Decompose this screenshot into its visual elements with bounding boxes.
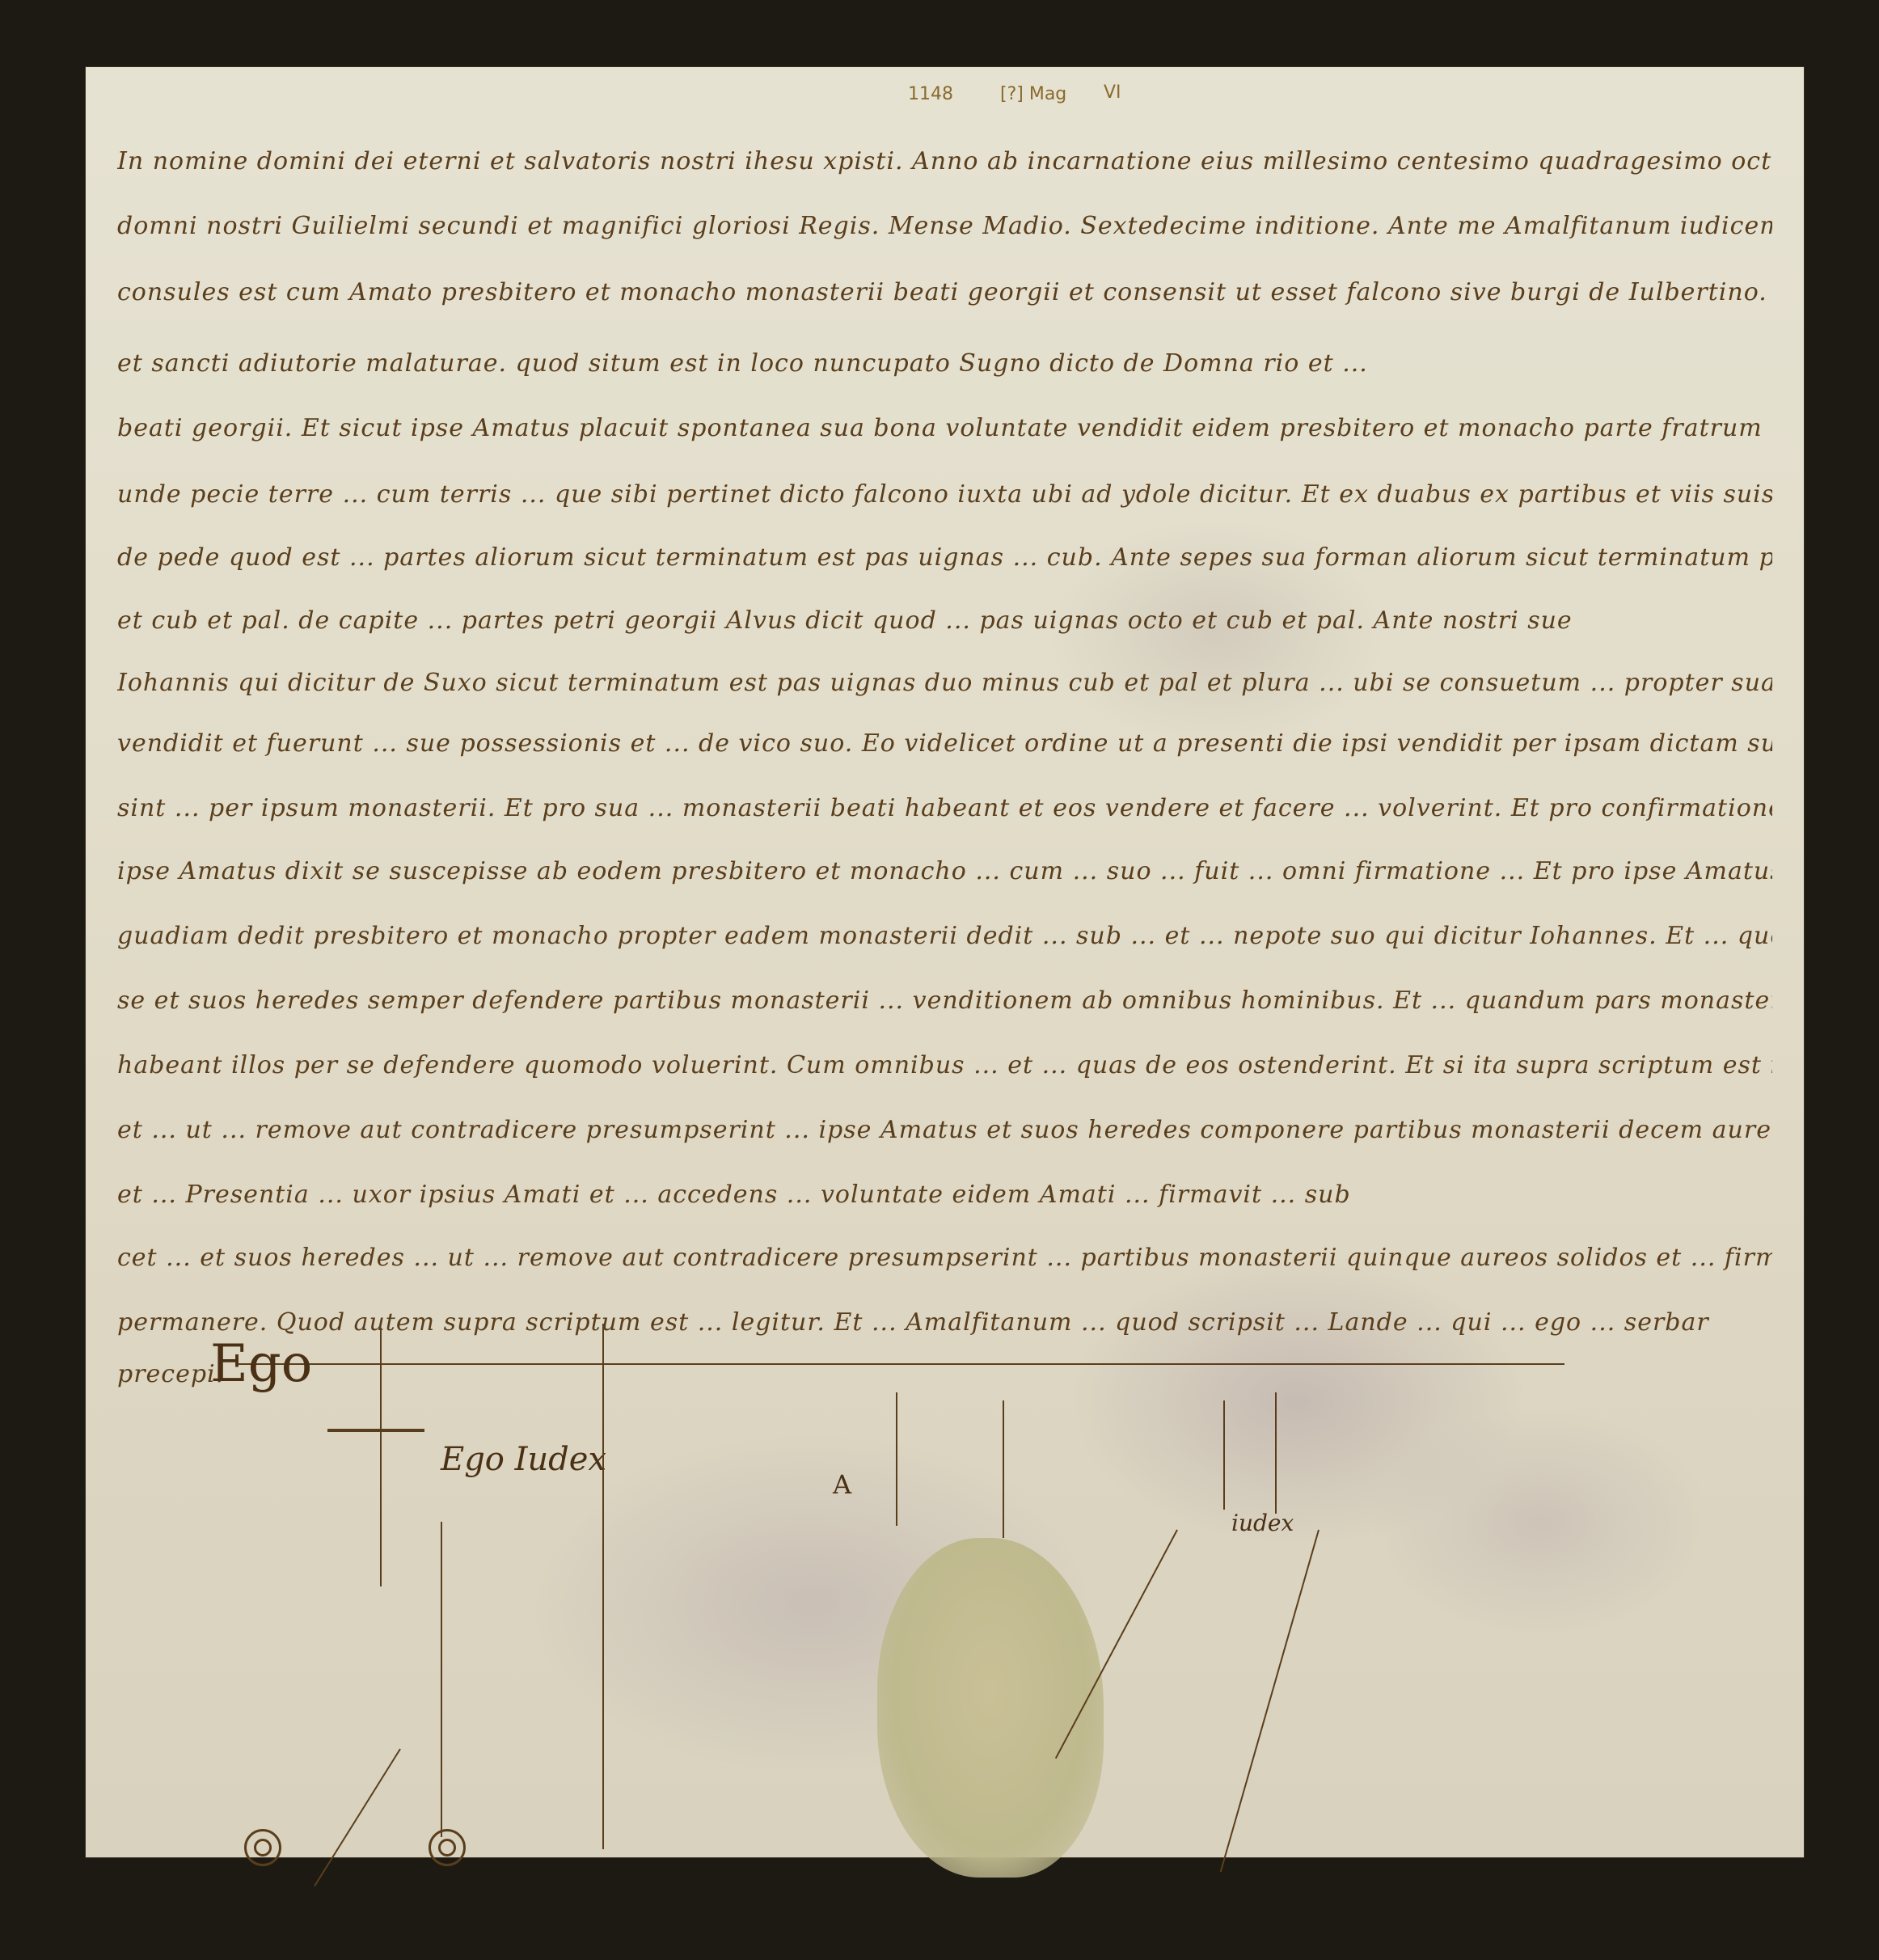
stroke (1275, 1392, 1277, 1514)
text-line: beati georgii. Et sicut ipse Amatus plac… (117, 414, 1772, 442)
stroke (1220, 1530, 1320, 1873)
stroke (896, 1392, 897, 1526)
text-line: vendidit et fuerunt ... sue possessionis… (117, 729, 1772, 758)
text-line: cet ... et suos heredes ... ut ... remov… (117, 1244, 1772, 1272)
subscription-stem (441, 1522, 442, 1837)
mark-A: A (833, 1469, 851, 1500)
stroke (1003, 1400, 1004, 1538)
parchment-charter: 1148 [?] Mag VI In nomine domini dei ete… (85, 66, 1805, 1858)
text-line: et sancti adiutorie malaturae. quod situ… (117, 349, 1772, 378)
archive-note-number: VI (1104, 82, 1121, 103)
text-line: ipse Amatus dixit se suscepisse ab eodem… (117, 857, 1772, 885)
text-line: habeant illos per se defendere quomodo v… (117, 1051, 1772, 1079)
text-line: et ... ut ... remove aut contradicere pr… (117, 1116, 1772, 1144)
text-line: sint ... per ipsum monasterii. Et pro su… (117, 794, 1772, 822)
water-stain (877, 1538, 1104, 1878)
subscription-ego-iudex: Ego Iudex (441, 1441, 606, 1478)
text-line: In nomine domini dei eterni et salvatori… (117, 147, 1772, 175)
text-line: et ... Presentia ... uxor ipsius Amati e… (117, 1181, 1772, 1209)
cross-tail (314, 1748, 401, 1886)
spiral-flourish-left (244, 1829, 281, 1866)
signature-rule (239, 1363, 1564, 1365)
subscription-stem-right (602, 1324, 604, 1849)
text-line: domni nostri Guilielmi secundi et magnif… (117, 212, 1772, 240)
text-line: guadiam dedit presbitero et monacho prop… (117, 922, 1772, 950)
stroke (1223, 1400, 1225, 1510)
text-line: unde pecie terre ... cum terris ... que … (117, 480, 1772, 509)
text-line: se et suos heredes semper defendere part… (117, 986, 1772, 1015)
cross-bar (327, 1429, 424, 1432)
text-line: de pede quod est ... partes aliorum sicu… (117, 543, 1772, 572)
initial-E: Ego (210, 1334, 312, 1394)
cross-stem (380, 1328, 382, 1586)
archive-note-year: 1148 (908, 84, 953, 104)
text-line: consules est cum Amato presbitero et mon… (117, 278, 1772, 306)
archive-note-month: [?] Mag (1000, 84, 1066, 104)
text-line: Iohannis qui dicitur de Suxo sicut termi… (117, 669, 1772, 697)
mark-iudex: iudex (1231, 1510, 1294, 1536)
text-line: permanere. Quod autem supra scriptum est… (117, 1308, 1772, 1337)
spiral-flourish-middle (429, 1829, 466, 1866)
text-line: et cub et pal. de capite ... partes petr… (117, 606, 1772, 635)
